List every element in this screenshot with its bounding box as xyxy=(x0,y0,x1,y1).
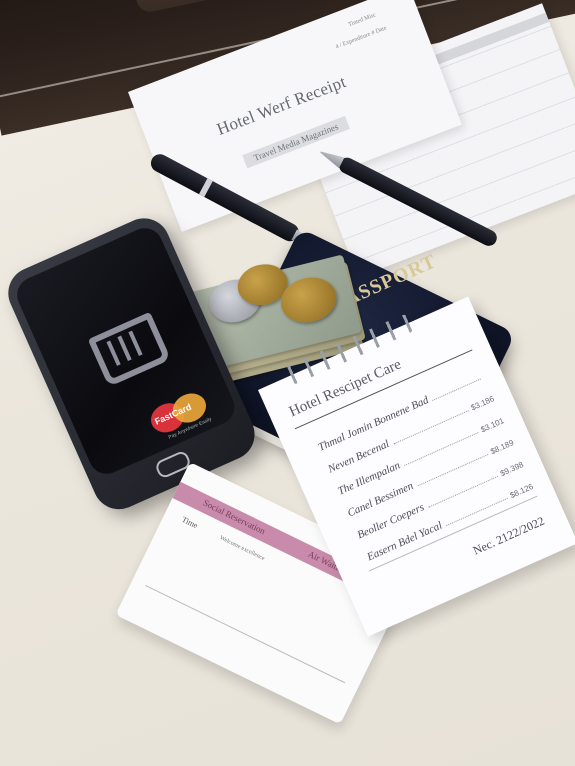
chair xyxy=(125,0,355,14)
receipt-meta: Tinted Misc xyxy=(348,12,377,28)
ticket-field-label: Time xyxy=(180,515,199,530)
receipt-meta: 4 / Expenditure # Date xyxy=(335,25,388,50)
ticket-rule xyxy=(145,585,345,683)
photo-scene: Tinted Misc 4 / Expenditure # Date Hotel… xyxy=(0,0,575,766)
phone-screen: FastCard Pay Anywhere Easily xyxy=(11,222,240,479)
shopping-cart-icon xyxy=(88,312,171,387)
smartphone: FastCard Pay Anywhere Easily xyxy=(0,210,263,517)
ticket-stripe-left: Social Reservation xyxy=(202,498,267,537)
card-logo: FastCard Pay Anywhere Easily xyxy=(146,387,214,438)
